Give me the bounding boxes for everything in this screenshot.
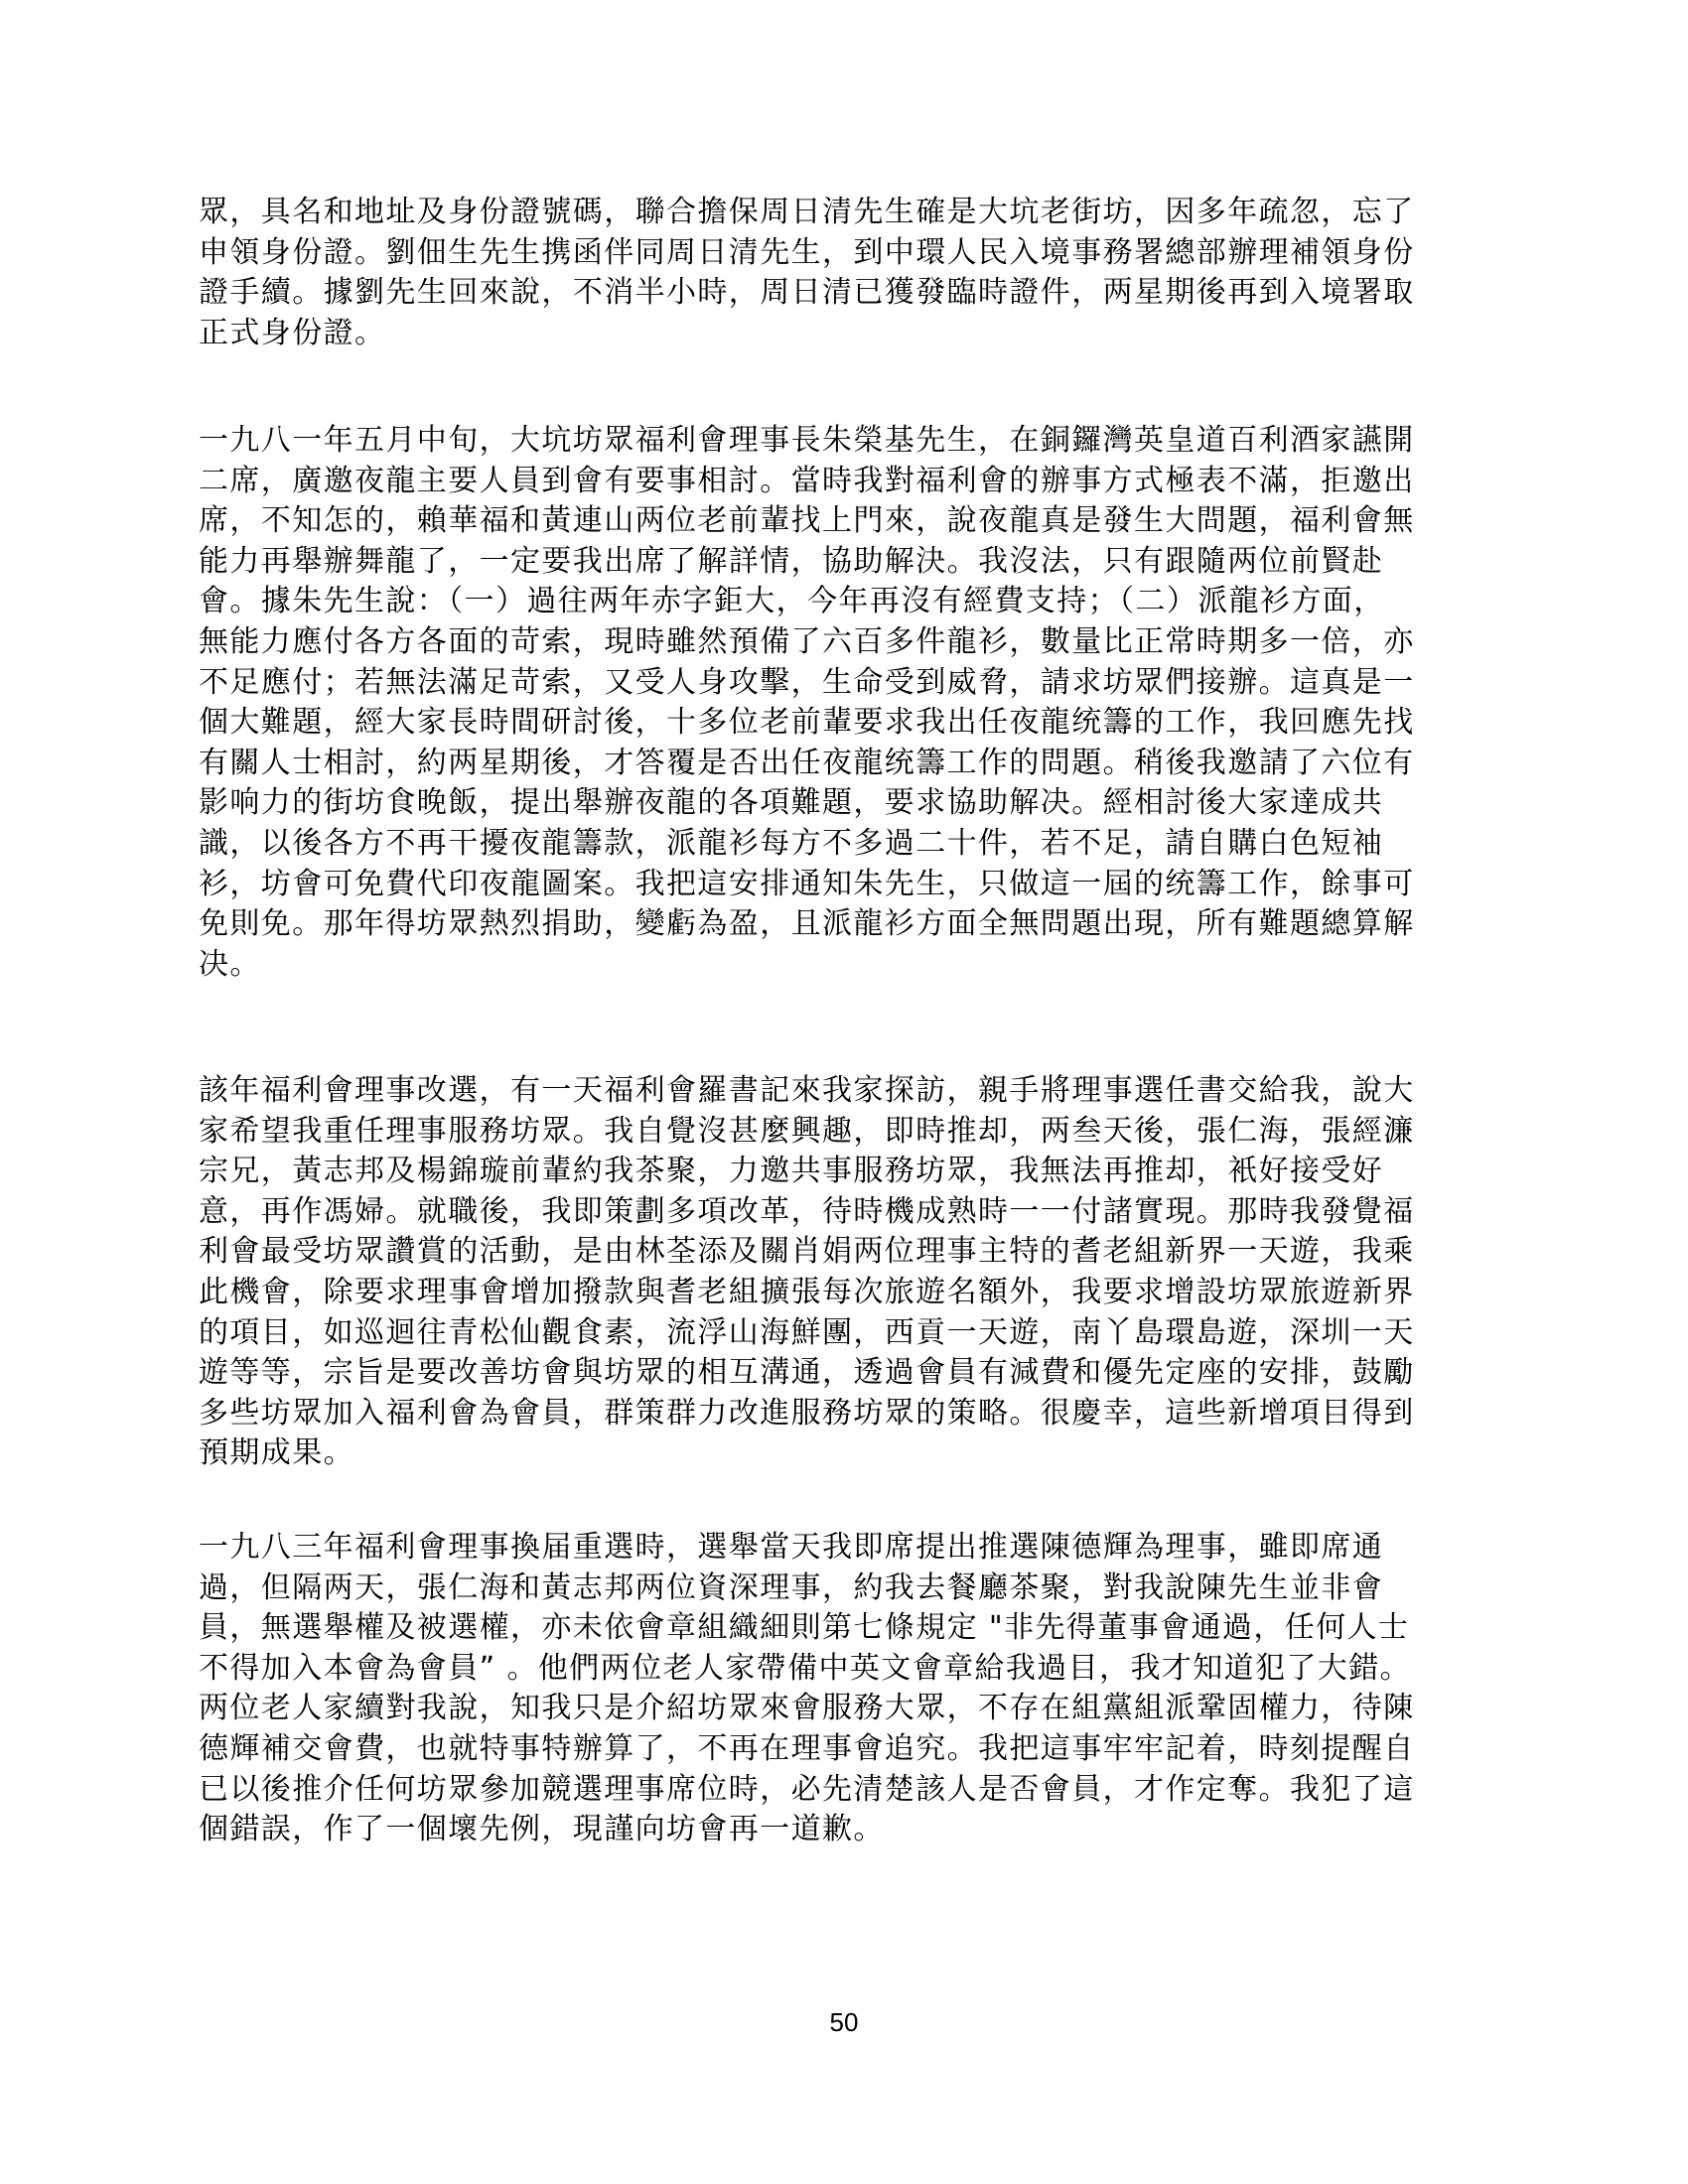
text-line: 此機會，除要求理事會增加撥款與耆老組擴張每次旅遊名額外，我要求增設坊眾旅遊新界 [199,1273,1499,1313]
text-line: 會。據朱先生說：（一）過往两年赤字鉅大，今年再沒有經費支持；（二）派龍衫方面， [199,582,1499,622]
text-line: 宗兄，黃志邦及楊錦璇前輩約我茶聚，力邀共事服務坊眾，我無法再推却，衹好接受好 [199,1152,1499,1192]
text-line: 預期成果。 [199,1433,1499,1474]
text-line: 二席，廣邀夜龍主要人員到會有要事相討。當時我對福利會的辦事方式極表不滿，拒邀出 [199,462,1499,502]
text-line: 該年福利會理事改選，有一天福利會羅書記來我家探訪，親手將理事選任書交給我，說大 [199,1071,1499,1112]
text-line: 免則免。那年得坊眾熱烈捐助，變虧為盈，且派龍衫方面全無問題出現，所有難題總算解 [199,904,1499,945]
text-line: 有關人士相討，約两星期後，才答覆是否出任夜龍统籌工作的問題。稍後我邀請了六位有 [199,744,1499,784]
paragraph-3: 該年福利會理事改選，有一天福利會羅書記來我家探訪，親手將理事選任書交給我，說大 … [199,1071,1499,1474]
text-line: 正式身份證。 [199,314,1499,354]
text-line: 德輝補交會費，也就特事特辦算了，不再在理事會追究。我把這事牢牢記着，時刻提醒自 [199,1729,1499,1770]
text-line: 意，再作馮婦。就職後，我即策劃多項改革，待時機成熟時一一付諸實現。那時我發覺福 [199,1192,1499,1233]
text-line: 申領身份證。劉佃生先生携函伴同周日清先生，到中環人民入境事務署總部辦理補領身份 [199,233,1499,274]
text-line: 員，無選舉權及被選權，亦未依會章組織細則第七條規定 "非先得董事會通過，任何人士 [199,1608,1499,1649]
text-line: 多些坊眾加入福利會為會員，群策群力改進服務坊眾的策略。很慶幸，這些新增項目得到 [199,1394,1499,1434]
paragraph-2: 一九八一年五月中旬，大坑坊眾福利會理事長朱榮基先生，在銅鑼灣英皇道百利酒家讌開 … [199,421,1499,985]
text-line: 家希望我重任理事服務坊眾。我自覺沒甚麼興趣，即時推却，两叁天後，張仁海，張經濂 [199,1112,1499,1153]
text-line: 决。 [199,945,1499,986]
text-line: 的項目，如巡迴往青松仙觀食素，流浮山海鮮團，西貢一天遊，南丫島環島遊，深圳一天 [199,1313,1499,1354]
text-line: 衫，坊會可免費代印夜龍圖案。我把這安排通知朱先生，只做這一屆的统籌工作，餘事可 [199,865,1499,905]
text-line: 過，但隔两天，張仁海和黃志邦两位資深理事，約我去餐廳茶聚，對我說陳先生並非會 [199,1569,1499,1609]
text-line: 不足應付；若無法滿足苛索，又受人身攻擊，生命受到威脅，請求坊眾們接辦。這真是一 [199,663,1499,704]
text-line: 不得加入本會為會員” 。他們两位老人家帶備中英文會章給我過目，我才知道犯了大錯。 [199,1649,1499,1690]
page-number: 50 [0,2007,1688,2037]
text-line: 個大難題，經大家長時間研討後，十多位老前輩要求我出任夜龍统籌的工作，我回應先找 [199,703,1499,744]
text-line: 席，不知怎的，賴華福和黃連山两位老前輩找上門來，說夜龍真是發生大問題，福利會無 [199,501,1499,542]
text-line: 已以後推介任何坊眾參加競選理事席位時，必先清楚該人是否會員，才作定奪。我犯了這 [199,1770,1499,1811]
text-line: 個錯誤，作了一個壞先例，現謹向坊會再一道歉。 [199,1810,1499,1850]
paragraph-4: 一九八三年福利會理事換届重選時，選舉當天我即席提出推選陳德輝為理事，雖即席通 過… [199,1528,1499,1850]
text-line: 能力再舉辦舞龍了，一定要我出席了解詳情，協助解決。我沒法，只有跟隨两位前賢赴 [199,542,1499,583]
text-line: 無能力應付各方各面的苛索，現時雖然預備了六百多件龍衫，數量比正常時期多一倍，亦 [199,622,1499,663]
text-line: 眾，具名和地址及身份證號碼，聯合擔保周日清先生確是大坑老街坊，因多年疏忽，忘了 [199,193,1499,233]
text-line: 識，以後各方不再干擾夜龍籌款，派龍衫每方不多過二十件，若不足，請自購白色短袖 [199,824,1499,865]
text-line: 两位老人家續對我說，知我只是介紹坊眾來會服務大眾，不存在組黨組派鞏固權力，待陳 [199,1689,1499,1729]
text-line: 一九八三年福利會理事換届重選時，選舉當天我即席提出推選陳德輝為理事，雖即席通 [199,1528,1499,1569]
text-line: 利會最受坊眾讚賞的活動，是由林荃添及關肖娟两位理事主特的耆老組新界一天遊，我乘 [199,1232,1499,1273]
text-line: 影响力的街坊食晚飯，提出舉辦夜龍的各項難題，要求協助解决。經相討後大家達成共 [199,783,1499,824]
text-line: 遊等等，宗旨是要改善坊會與坊眾的相互溝通，透過會員有減費和優先定座的安排，鼓勵 [199,1353,1499,1394]
text-line: 證手續。據劉先生回來說，不消半小時，周日清已獲發臨時證件，两星期後再到入境署取 [199,273,1499,314]
text-line: 一九八一年五月中旬，大坑坊眾福利會理事長朱榮基先生，在銅鑼灣英皇道百利酒家讌開 [199,421,1499,462]
paragraph-1: 眾，具名和地址及身份證號碼，聯合擔保周日清先生確是大坑老街坊，因多年疏忽，忘了 … [199,193,1499,353]
document-page: 眾，具名和地址及身份證號碼，聯合擔保周日清先生確是大坑老街坊，因多年疏忽，忘了 … [0,0,1688,2184]
